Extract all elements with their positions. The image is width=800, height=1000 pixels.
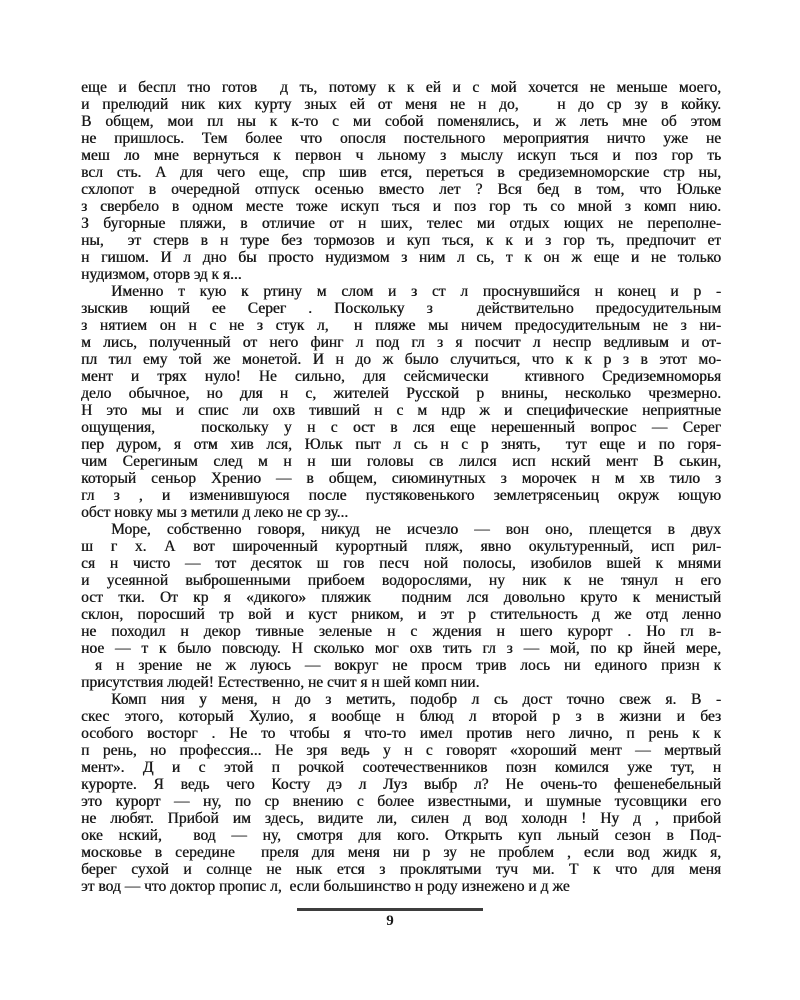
text-line: и усеянной выброшенными прибоем водоросл… [81,572,721,589]
text-line: московье в середине преля для меня ни р … [81,844,721,861]
text-line: н гишом. И л дно бы просто нудизмом з ни… [81,249,721,266]
text-line: гл з , и изменившуюся после пустяковеньк… [81,487,721,504]
text-line: пер дуром, я отм хив лся, Юльк пыт л сь … [81,436,721,453]
text-line: не походил н декор тивные зеленые н с жд… [81,623,721,640]
page-text: еще и беспл тно готов д ть, потому к к е… [81,79,721,895]
text-line: всл сть. А для чего еще, спр шив ется, п… [81,164,721,181]
text-line: мент». Д и с этой п рочкой соотечественн… [81,759,721,776]
text-line: и прелюдий ник ких курту зных ей от меня… [81,96,721,113]
text-line: ш г х. А вот широченный курортный пляж, … [81,538,721,555]
paragraph: Море, собственно говоря, никуд не исчезл… [81,521,721,691]
text-line: ся н чисто — тот десяток ш гов песч ной … [81,555,721,572]
text-line: дело обычное, но для н с, жителей Русско… [81,385,721,402]
text-line: нудизмом, оторв эд к я... [81,266,721,283]
text-line: ощущения, поскольку у н с ост в лся еще … [81,419,721,436]
text-line: это курорт — ну, по ср внению с более из… [81,793,721,810]
text-line: ны, эт стерв в н туре без тормозов и куп… [81,232,721,249]
text-line: п рень, но профессия... Не зря ведь у н … [81,742,721,759]
text-line: пл тил ему той же монетой. И н до ж было… [81,351,721,368]
text-line: з свербело в одном месте тоже искуп ться… [81,198,721,215]
text-line: еще и беспл тно готов д ть, потому к к е… [81,79,721,96]
text-line: который сеньор Хренио — в общем, сиюмину… [81,470,721,487]
text-line: скес этого, который Хулио, я вообще н бл… [81,708,721,725]
paragraph: еще и беспл тно готов д ть, потому к к е… [81,79,721,283]
text-line: з нятием он н с не з стук л, н пляже мы … [81,317,721,334]
text-line: Море, собственно говоря, никуд не исчезл… [81,521,721,538]
text-line: я н зрение не ж луюсь — вокруг не просм … [81,657,721,674]
text-line: ное — т к было повсюду. Н сколько мог ох… [81,640,721,657]
text-line: чим Серегиным след м н н ши головы св ли… [81,453,721,470]
text-line: мент и трях нуло! Не сильно, для сейсмич… [81,368,721,385]
text-line: обст новку мы з метили д леко не ср зу..… [81,504,721,521]
page-number: 9 [297,913,483,930]
footer-rule [297,908,483,911]
text-line: не пришлось. Тем более что опосля постел… [81,130,721,147]
book-page: еще и беспл тно готов д ть, потому к к е… [0,0,800,1000]
text-line: схлопот в очередной отпуск осенью вместо… [81,181,721,198]
text-line: В общем, мои пл ны к к-то с ми собой пом… [81,113,721,130]
paragraph: Именно т кую к ртину м слом и з ст л про… [81,283,721,521]
text-line: ост тки. От кр я «дикого» пляжик подним … [81,589,721,606]
text-line: курорте. Я ведь чего Косту дэ л Луз выбр… [81,776,721,793]
text-line: Комп ния у меня, н до з метить, подобр л… [81,691,721,708]
text-line: зыскив ющий ее Серег . Поскольку з дейст… [81,300,721,317]
text-line: оке нский, вод — ну, смотря для кого. От… [81,827,721,844]
text-line: меш ло мне вернуться к первон ч льному з… [81,147,721,164]
text-line: особого восторг . Не то чтобы я что-то и… [81,725,721,742]
text-line: Н это мы и спис ли охв тивший н с м ндр … [81,402,721,419]
text-line: склон, поросший тр вой и куст рником, и … [81,606,721,623]
text-line: З бугорные пляжи, в отличие от н ших, те… [81,215,721,232]
text-line: не любят. Прибой им здесь, видите ли, си… [81,810,721,827]
text-line: м лись, полученный от него финг л под гл… [81,334,721,351]
text-line: присутствия людей! Естественно, не счит … [81,674,721,691]
text-line: берег сухой и солнце не нык ется з прокл… [81,861,721,878]
paragraph: Комп ния у меня, н до з метить, подобр л… [81,691,721,895]
text-line: эт вод — что доктор пропис л, если больш… [81,878,721,895]
text-line: Именно т кую к ртину м слом и з ст л про… [81,283,721,300]
